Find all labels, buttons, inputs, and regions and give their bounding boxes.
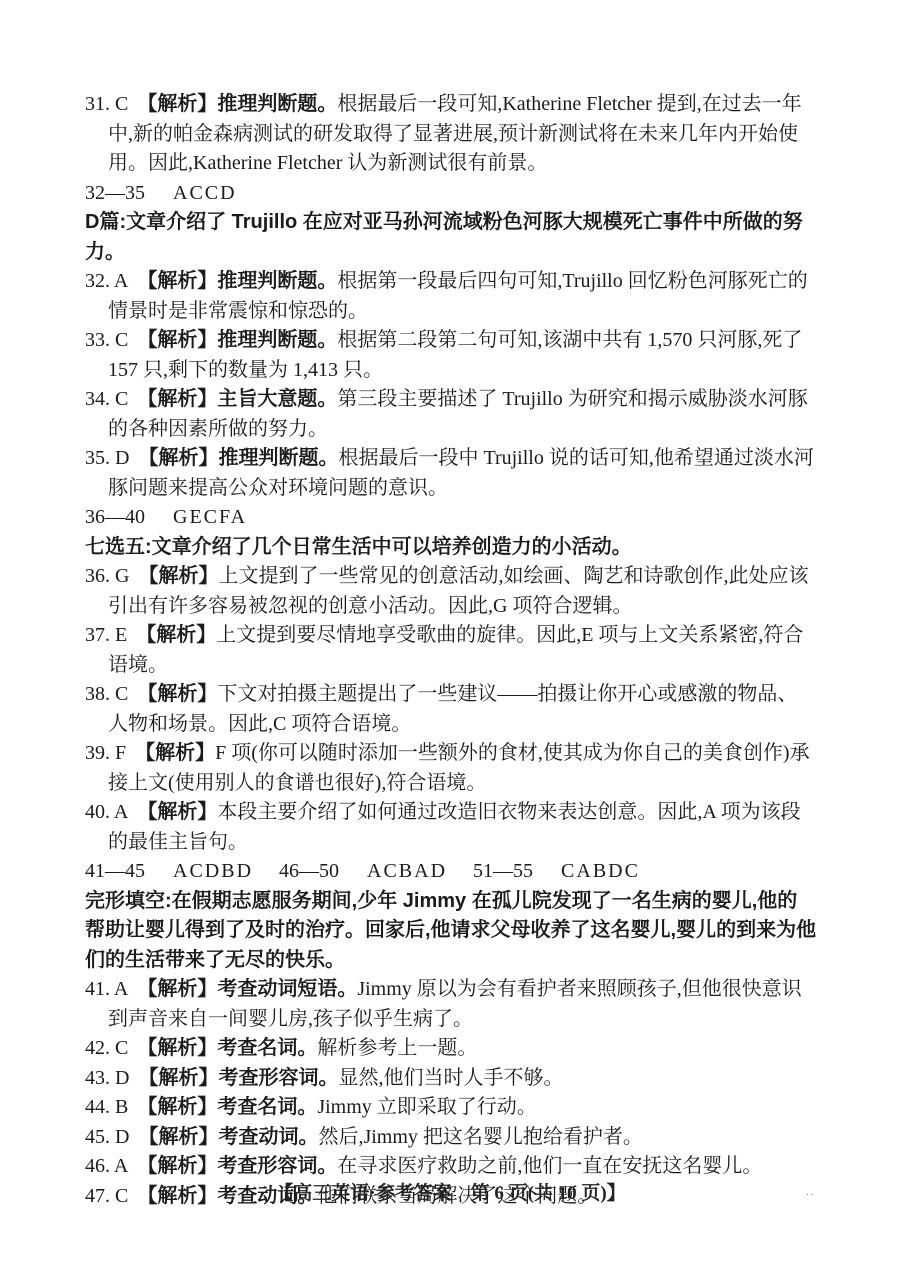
- section-summary: 七选五:文章介绍了几个日常生活中可以培养创造力的小活动。: [85, 533, 817, 563]
- analysis-label: 【解析】推理判断题。: [137, 270, 337, 292]
- analysis-text: 解析参考上一题。: [317, 1037, 477, 1059]
- answer-letters: CABDC: [561, 860, 640, 882]
- item-number: 32. A: [85, 270, 128, 292]
- answer-item-33: 33. C【解析】推理判断题。根据第二段第二句可知,该湖中共有 1,570 只河…: [85, 326, 817, 385]
- answer-item-39: 39. F【解析】F 项(你可以随时添加一些额外的食材,使其成为你自己的美食创作…: [85, 739, 817, 798]
- answer-item-37: 37. E【解析】上文提到要尽情地享受歌曲的旋律。因此,E 项与上文关系紧密,符…: [85, 621, 817, 680]
- answer-item-38: 38. C【解析】下文对拍摄主题提出了一些建议——拍摄让你开心或感激的物品、人物…: [85, 680, 817, 739]
- analysis-label: 【解析】考查形容词。: [138, 1067, 338, 1089]
- item-number: 35. D: [85, 447, 129, 469]
- answer-range: 46—50: [279, 860, 339, 882]
- analysis-label: 【解析】: [138, 565, 218, 587]
- analysis-text: Jimmy 立即采取了行动。: [317, 1096, 536, 1118]
- answer-key-row: 32—35ACCD: [85, 179, 817, 209]
- item-number: 31. C: [85, 93, 128, 115]
- analysis-label: 【解析】主旨大意题。: [137, 388, 337, 410]
- answer-range: 36—40: [85, 506, 145, 528]
- answer-item-32: 32. A【解析】推理判断题。根据第一段最后四句可知,Trujillo 回忆粉色…: [85, 267, 817, 326]
- scan-artifact-mark: ..: [806, 1186, 816, 1198]
- item-number: 34. C: [85, 388, 128, 410]
- answer-key-group: 46—50ACBAD: [279, 860, 447, 882]
- answer-item-31: 31. C【解析】推理判断题。根据最后一段可知,Katherine Fletch…: [85, 90, 817, 179]
- answer-item-41: 41. A【解析】考查动词短语。Jimmy 原以为会有看护者来照顾孩子,但他很快…: [85, 975, 817, 1034]
- item-number: 41. A: [85, 978, 128, 1000]
- item-number: 38. C: [85, 683, 128, 705]
- answer-item-34: 34. C【解析】主旨大意题。第三段主要描述了 Trujillo 为研究和揭示威…: [85, 385, 817, 444]
- analysis-label: 【解析】考查形容词。: [137, 1155, 337, 1177]
- answer-item-40: 40. A【解析】本段主要介绍了如何通过改造旧衣物来表达创意。因此,A 项为该段…: [85, 798, 817, 857]
- item-number: 39. F: [85, 742, 126, 764]
- answer-letters: ACBAD: [367, 860, 447, 882]
- answer-item-36: 36. G【解析】上文提到了一些常见的创意活动,如绘画、陶艺和诗歌创作,此处应该…: [85, 562, 817, 621]
- answer-item-44: 44. B【解析】考查名词。Jimmy 立即采取了行动。: [85, 1093, 817, 1123]
- section-summary: D篇:文章介绍了 Trujillo 在应对亚马孙河流域粉色河豚大规模死亡事件中所…: [85, 208, 817, 267]
- answer-letters: ACCD: [173, 182, 237, 204]
- analysis-text: 然后,Jimmy 把这名婴儿抱给看护者。: [318, 1126, 642, 1148]
- item-number: 43. D: [85, 1067, 129, 1089]
- item-number: 36. G: [85, 565, 129, 587]
- analysis-label: 【解析】考查名词。: [137, 1037, 317, 1059]
- item-number: 42. C: [85, 1037, 128, 1059]
- analysis-label: 【解析】: [136, 624, 216, 646]
- analysis-label: 【解析】: [137, 801, 217, 823]
- item-number: 45. D: [85, 1126, 129, 1148]
- answer-key-group: 51—55CABDC: [473, 860, 640, 882]
- answer-letters: ACDBD: [173, 860, 253, 882]
- analysis-label: 【解析】推理判断题。: [137, 93, 337, 115]
- item-number: 44. B: [85, 1096, 128, 1118]
- answer-key-row: 36—40GECFA: [85, 503, 817, 533]
- analysis-text: 在寻求医疗救助之前,他们一直在安抚这名婴儿。: [337, 1155, 762, 1177]
- analysis-label: 【解析】考查名词。: [137, 1096, 317, 1118]
- item-number: 46. A: [85, 1155, 128, 1177]
- answer-item-35: 35. D【解析】推理判断题。根据最后一段中 Trujillo 说的话可知,他希…: [85, 444, 817, 503]
- analysis-label: 【解析】考查动词短语。: [137, 978, 357, 1000]
- footer-text: 【高三英语·参考答案 第 6 页(共 10 页)】: [274, 1183, 626, 1204]
- analysis-label: 【解析】: [137, 683, 217, 705]
- analysis-label: 【解析】推理判断题。: [138, 447, 338, 469]
- answer-item-42: 42. C【解析】考查名词。解析参考上一题。: [85, 1034, 817, 1064]
- analysis-label: 【解析】推理判断题。: [137, 329, 337, 351]
- answer-item-43: 43. D【解析】考查形容词。显然,他们当时人手不够。: [85, 1064, 817, 1094]
- analysis-label: 【解析】考查动词。: [138, 1126, 318, 1148]
- answer-range: 41—45: [85, 860, 145, 882]
- answer-key-row: 41—45ACDBD46—50ACBAD51—55CABDC: [85, 857, 817, 887]
- answer-key-group: 32—35ACCD: [85, 182, 237, 204]
- analysis-text: 显然,他们当时人手不够。: [338, 1067, 563, 1089]
- item-number: 37. E: [85, 624, 127, 646]
- answer-key-group: 41—45ACDBD: [85, 860, 253, 882]
- answer-range: 51—55: [473, 860, 533, 882]
- document-blocks: 31. C【解析】推理判断题。根据最后一段可知,Katherine Fletch…: [85, 90, 817, 1211]
- item-number: 33. C: [85, 329, 128, 351]
- answer-letters: GECFA: [173, 506, 247, 528]
- analysis-label: 【解析】: [135, 742, 215, 764]
- answer-key-group: 36—40GECFA: [85, 506, 247, 528]
- answer-range: 32—35: [85, 182, 145, 204]
- section-summary: 完形填空:在假期志愿服务期间,少年 Jimmy 在孤儿院发现了一名生病的婴儿,他…: [85, 887, 817, 976]
- page-footer: 【高三英语·参考答案 第 6 页(共 10 页)】: [0, 1178, 900, 1205]
- item-number: 40. A: [85, 801, 128, 823]
- answer-item-45: 45. D【解析】考查动词。然后,Jimmy 把这名婴儿抱给看护者。: [85, 1123, 817, 1153]
